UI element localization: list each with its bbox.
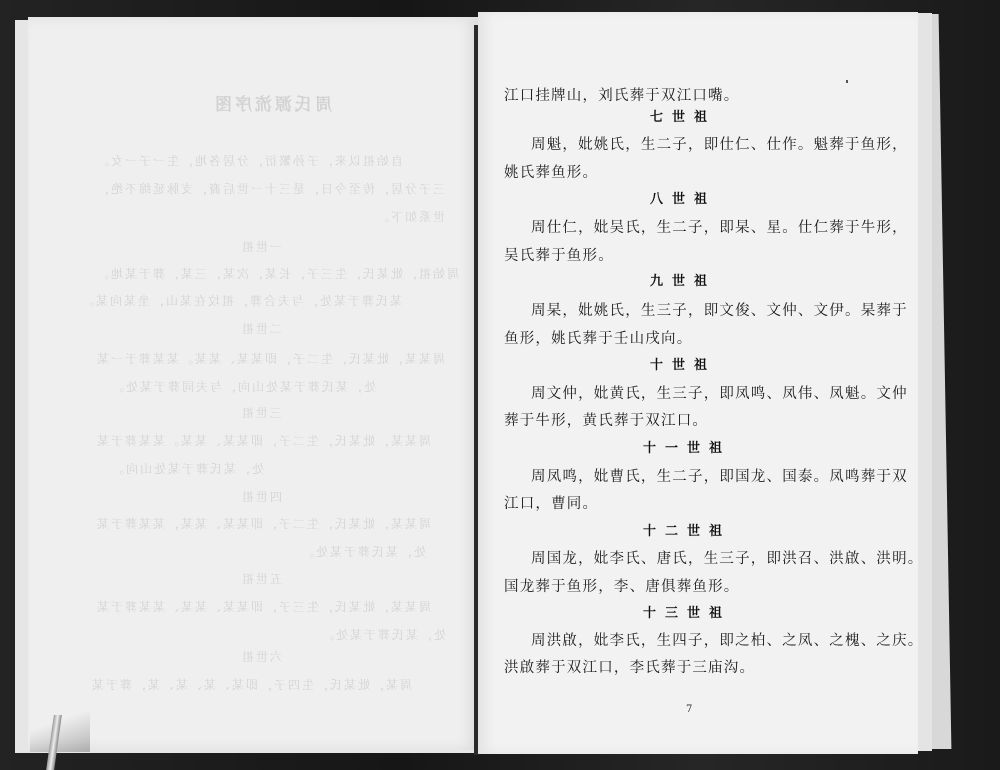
ghost-line: 周始祖，妣某氏，生三子，长某，次某，三某，葬于某地。 <box>95 265 459 282</box>
section-13-line-2: 洪啟葬于双江口，李氏葬于三庙沟。 <box>504 659 755 677</box>
section-9-line-1: 周杲，妣姚氏，生三子，即文俊、文仲、文伊。杲葬于 <box>531 302 908 320</box>
section-heading-7: 七世祖 <box>650 110 1000 126</box>
ghost-line: 某氏葬于某处，与夫合葬，祖坟在某山，坐某向某。 <box>80 292 402 309</box>
section-11-line-2: 江口，曹同。 <box>504 495 598 513</box>
section-12-line-2: 国龙葬于鱼形，李、唐俱葬鱼形。 <box>504 578 740 596</box>
section-13-line-1: 周洪啟，妣李氏，生四子，即之柏、之凤、之槐、之庆。 <box>531 632 924 650</box>
section-10-line-2: 葬于牛形，黄氏葬于双江口。 <box>504 412 708 430</box>
section-10-line-1: 周文仲，妣黄氏，生三子，即凤鸣、凤伟、凤魁。文仲 <box>531 385 908 403</box>
section-7-line-2: 姚氏葬鱼形。 <box>504 164 598 182</box>
ghost-line: 处，某氏葬于某处山向。 <box>110 460 264 477</box>
section-heading-8: 八世祖 <box>650 192 1000 208</box>
ghost-line: 世系如下。 <box>375 208 445 225</box>
ghost-heading: 三世祖 <box>240 404 282 421</box>
ghost-line: 周某某，妣某氏，生二子，即某某、某某，某某葬于某 <box>95 515 431 532</box>
section-11-line-1: 周凤鸣，妣曹氏，生二子，即国龙、国泰。凤鸣葬于双 <box>531 468 908 486</box>
ghost-line: 处，某氏葬于某处。 <box>300 543 426 560</box>
ghost-line: 周某某，妣某氏，生二子，即某某、某某。某某葬于一某 <box>95 350 445 367</box>
ghost-heading: 六世祖 <box>240 648 282 665</box>
section-heading-11: 十一世祖 <box>643 441 1000 457</box>
section-heading-10: 十世祖 <box>650 358 1000 374</box>
ghost-heading: 一世祖 <box>240 238 282 255</box>
ghost-line: 周某，妣某氏，生四子，即某、某、某、某，葬于某 <box>90 676 412 693</box>
ghost-line: 处，某氏葬于某处。 <box>320 626 446 643</box>
ghost-heading: 五世祖 <box>240 570 282 587</box>
ghost-line: 处，某氏葬于某处山向，与夫同葬于某处。 <box>110 378 376 395</box>
section-heading-9: 九世祖 <box>650 274 1000 290</box>
section-8-line-2: 吴氏葬于鱼形。 <box>504 247 614 265</box>
page-number: 7 <box>686 704 692 715</box>
ghost-line: 周某某，妣某氏，生三子，即某某、某某、某某葬于某 <box>95 598 431 615</box>
section-heading-13: 十三世祖 <box>643 606 1000 622</box>
ghost-heading: 四世祖 <box>240 488 282 505</box>
ghost-line: 周某某，妣某氏，生二子，即某某、某某。某某葬于某 <box>95 432 431 449</box>
paper-speck <box>846 80 848 83</box>
ghost-title: 周氏源流序图 <box>212 90 332 115</box>
book-gutter <box>474 25 478 755</box>
section-8-line-1: 周仕仁，妣吴氏，生二子，即杲、星。仕仁葬于牛形， <box>531 219 908 237</box>
ghost-heading: 二世祖 <box>240 320 282 337</box>
ghost-line: 三子分居，传至今日，是三十一世后裔，支脉延绵不绝， <box>95 180 445 197</box>
section-7-line-1: 周魁，妣姚氏，生二子，即仕仁、仕作。魁葬于鱼形， <box>531 136 908 154</box>
ghost-line: 自始祖以来，子孙繁衍，分居各地，生一子一女。 <box>95 152 403 169</box>
continuation-line: 江口挂牌山，刘氏葬于双江口嘴。 <box>504 87 740 105</box>
section-heading-12: 十二世祖 <box>643 524 1000 540</box>
section-12-line-1: 周国龙，妣李氏、唐氏，生三子，即洪召、洪啟、洪明。 <box>531 550 924 568</box>
section-9-line-2: 鱼形，姚氏葬于壬山戌向。 <box>504 330 692 348</box>
